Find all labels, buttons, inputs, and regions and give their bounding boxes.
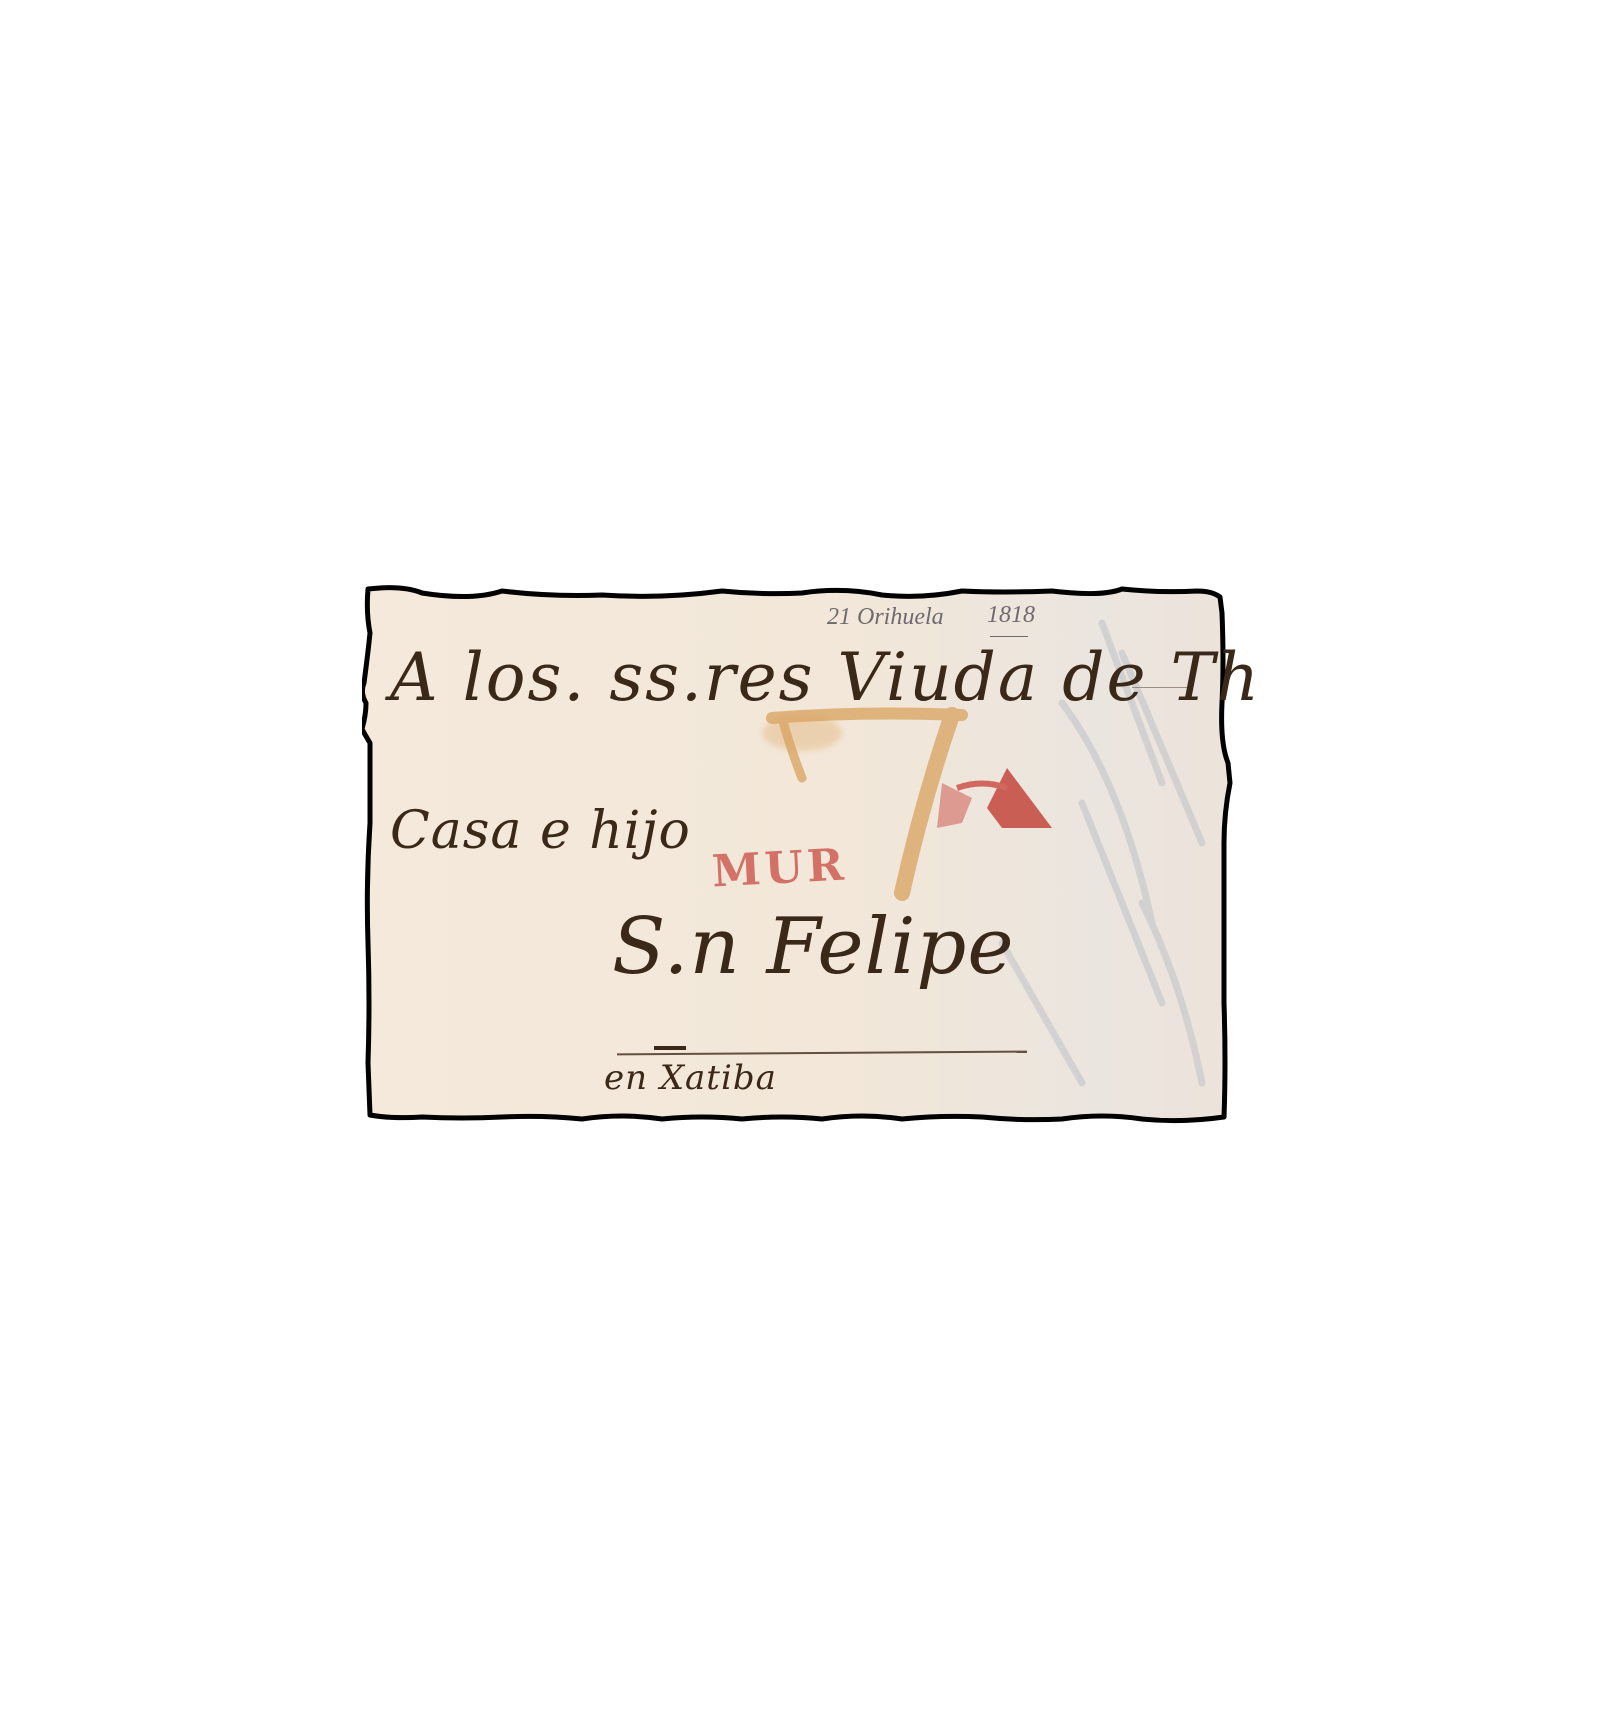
address-line-firm: Casa e hijo (390, 805, 691, 857)
postal-cover: 21 Orihuela 1818 A los. ss.res Viuda de … (362, 583, 1242, 1125)
postmark-murcia: MUR (711, 839, 849, 897)
pencil-note-year: 1818 (987, 603, 1035, 627)
address-line-town: S.n Felipe (612, 908, 1014, 986)
rule-accent (654, 1046, 686, 1050)
address-line-region: en Xatiba (604, 1061, 777, 1095)
pencil-note-place: 21 Orihuela (827, 605, 944, 629)
address-line-recipient: A los. ss.res Viuda de Th (390, 645, 1261, 711)
year-underline (990, 636, 1028, 637)
